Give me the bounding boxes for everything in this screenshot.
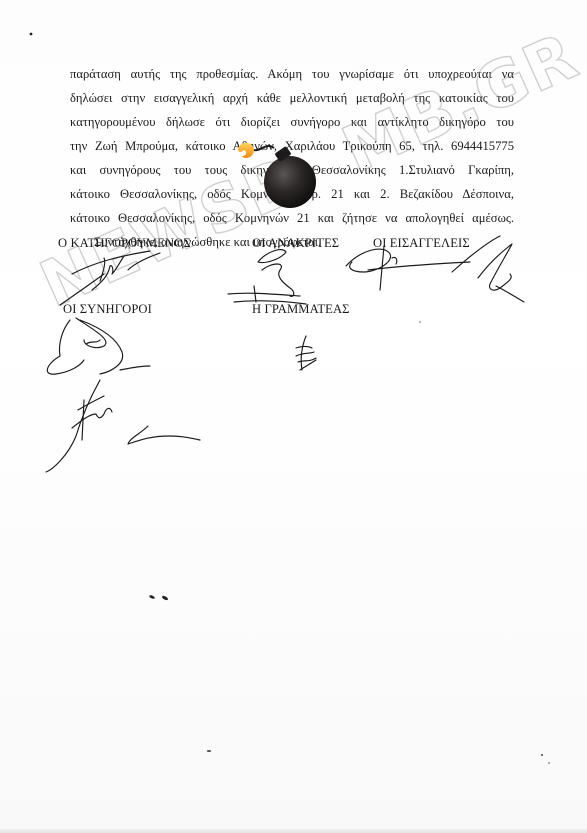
secretary-signature-label: Η ΓΡΑΜΜΑΤΕΑΣ <box>252 302 350 317</box>
bomb-icon <box>232 134 322 214</box>
lawyer-signature-1 <box>47 318 150 374</box>
prosecutors-signature-label: ΟΙ ΕΙΣΑΓΓΕΛΕΙΣ <box>373 236 470 251</box>
secretary-signature <box>296 336 316 370</box>
investigators-signature <box>228 250 306 304</box>
investigators-signature-label: ΟΙ ΑΝΑΚΡΙΤΕΣ <box>252 236 339 251</box>
page-bottom-edge <box>0 829 587 833</box>
lawyer-signature-2 <box>46 380 200 472</box>
scanned-document-page: παράταση αυτής της προθεσμίας. Ακόμη του… <box>0 0 587 833</box>
